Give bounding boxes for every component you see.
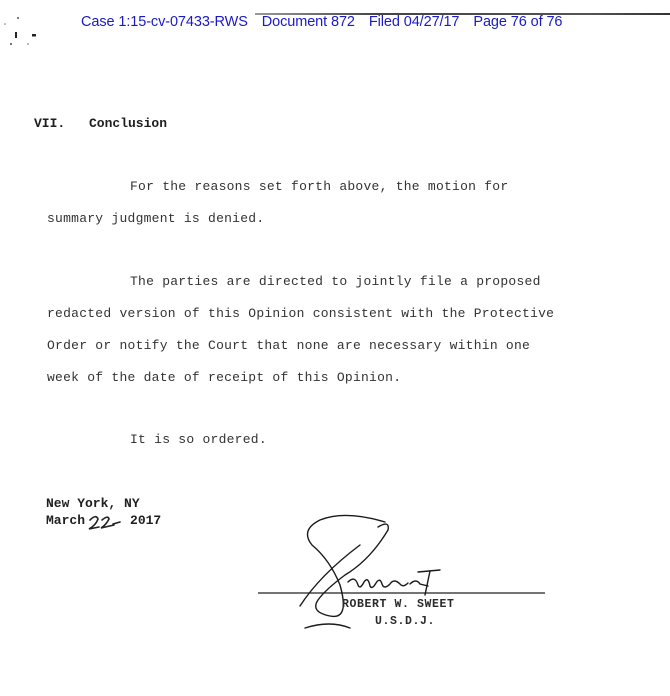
- paragraph-line: For the reasons set forth above, the mot…: [130, 179, 508, 194]
- page-indicator: Page 76 of 76: [473, 14, 562, 30]
- section-heading: VII.Conclusion: [34, 116, 167, 131]
- paragraph-line: It is so ordered.: [130, 432, 267, 447]
- paragraph-line: week of the date of receipt of this Opin…: [47, 370, 401, 385]
- scan-specks-mark: [0, 10, 50, 55]
- judge-name: ROBERT W. SWEET: [342, 598, 455, 611]
- paragraph-line: summary judgment is denied.: [47, 211, 264, 226]
- case-number: Case 1:15-cv-07433-RWS: [81, 14, 248, 30]
- judge-title: U.S.D.J.: [375, 615, 435, 628]
- paragraph-line: redacted version of this Opinion consist…: [47, 306, 554, 321]
- date-year: 2017: [130, 513, 161, 528]
- filing-header-stamp: Case 1:15-cv-07433-RWSDocument 872Filed …: [81, 14, 576, 30]
- section-number: VII.: [34, 116, 89, 131]
- date-month: March: [46, 513, 85, 528]
- section-title: Conclusion: [89, 116, 167, 131]
- document-number: Document 872: [262, 14, 355, 30]
- paragraph-line: The parties are directed to jointly file…: [130, 274, 541, 289]
- handwritten-signature-icon: [300, 515, 440, 628]
- filed-date: Filed 04/27/17: [369, 14, 460, 30]
- paragraph-line: Order or notify the Court that none are …: [47, 338, 530, 353]
- date-line: March2017: [46, 513, 161, 528]
- place-line: New York, NY: [46, 496, 140, 511]
